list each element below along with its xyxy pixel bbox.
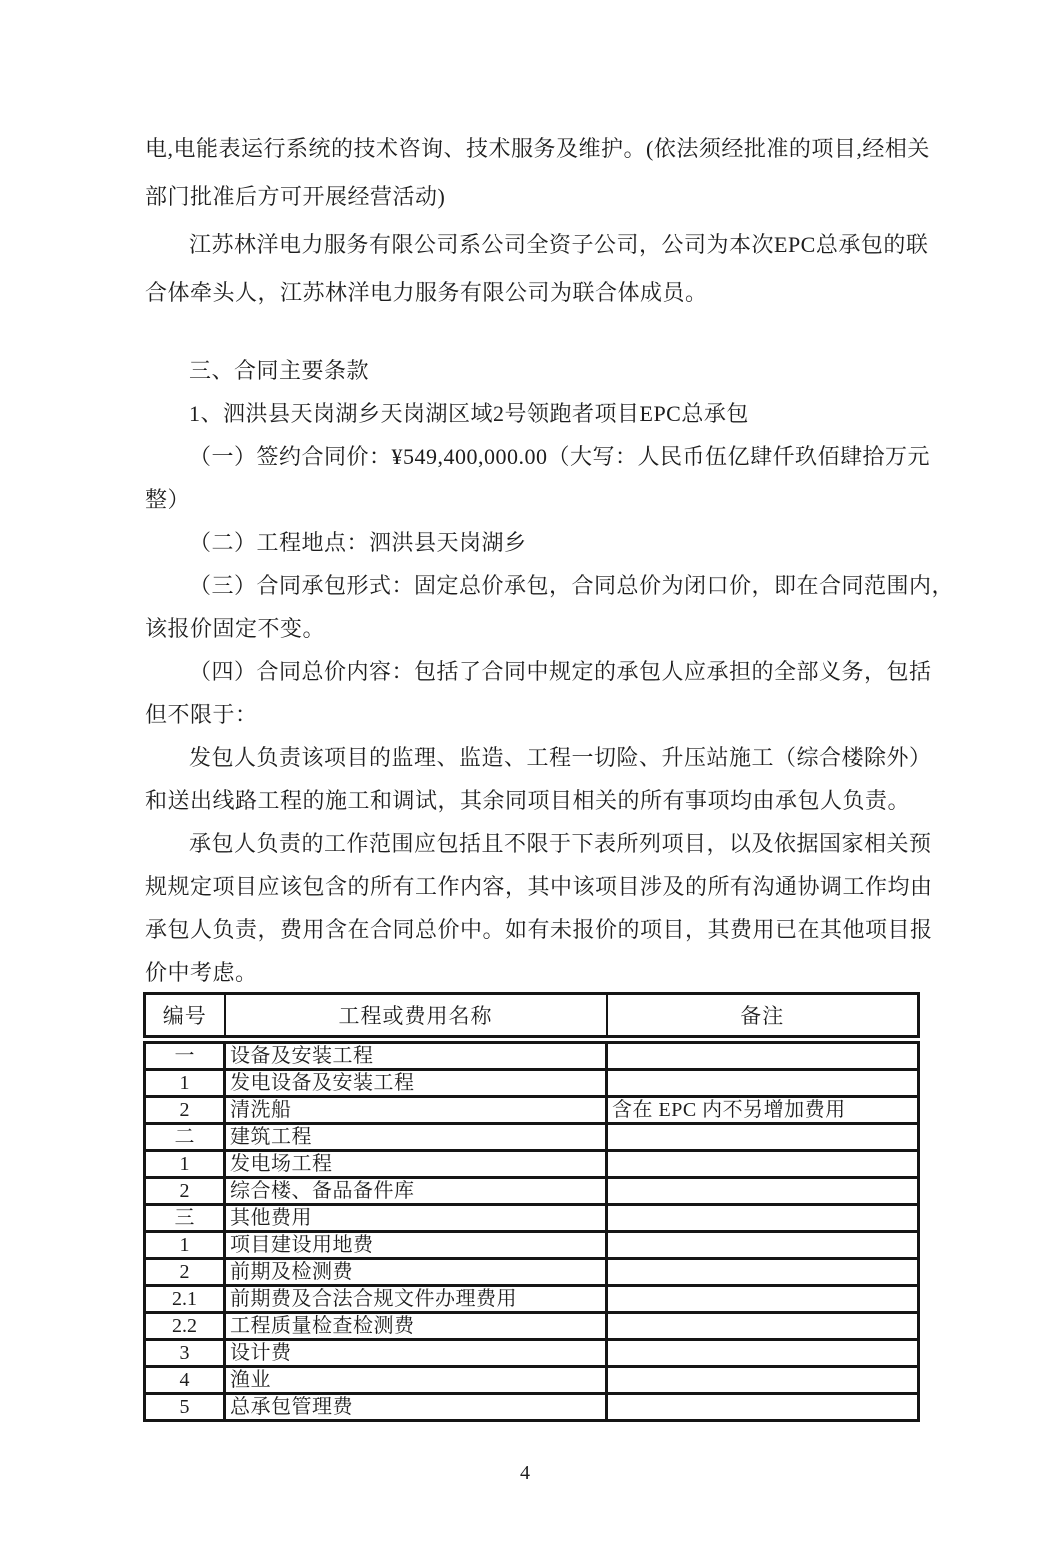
row-number-cell: 1 <box>145 1232 225 1259</box>
row-number-cell: 三 <box>145 1205 225 1232</box>
remark-cell <box>607 1286 919 1313</box>
item-project-title: 1、泗洪县天岗湖乡天岗湖区域2号领跑者项目EPC总承包 <box>145 392 1025 435</box>
document-body: 电,电能表运行系统的技术咨询、技术服务及维护。(依法须经批准的项目,经相关 部门… <box>145 125 1025 994</box>
text-line: 江苏林洋电力服务有限公司系公司全资子公司，公司为本次EPC总承包的联 <box>145 221 1025 269</box>
text-line: 发包人负责该项目的监理、监造、工程一切险、升压站施工（综合楼除外） <box>145 736 1025 779</box>
table-row: 1 发电场工程 <box>145 1151 919 1178</box>
row-number-cell: 3 <box>145 1340 225 1367</box>
text-line: 部门批准后方可开展经营活动) <box>145 173 1025 221</box>
paragraph-business-scope: 电,电能表运行系统的技术咨询、技术服务及维护。(依法须经批准的项目,经相关 部门… <box>145 125 1025 221</box>
table-header-row: 编号 工程或费用名称 备注 <box>145 994 919 1040</box>
text-line: （三）合同承包形式：固定总价承包，合同总价为闭口价，即在合同范围内， <box>145 564 1025 607</box>
item-name-cell: 总承包管理费 <box>225 1394 607 1421</box>
text-line: 整） <box>145 478 1025 521</box>
table-row: 2.1 前期费及合法合规文件办理费用 <box>145 1286 919 1313</box>
item-name-cell: 渔业 <box>225 1367 607 1394</box>
text-line: 承包人负责的工作范围应包括且不限于下表所列项目，以及依据国家相关预 <box>145 822 1025 865</box>
row-number-cell: 一 <box>145 1040 225 1070</box>
item-name-cell: 清洗船 <box>225 1097 607 1124</box>
remark-cell <box>607 1070 919 1097</box>
table-row: 二 建筑工程 <box>145 1124 919 1151</box>
column-header-remark: 备注 <box>607 994 919 1040</box>
text-line: 价中考虑。 <box>145 951 1025 994</box>
text-line: 三、合同主要条款 <box>145 349 1025 392</box>
remark-cell <box>607 1394 919 1421</box>
item-name-cell: 前期费及合法合规文件办理费用 <box>225 1286 607 1313</box>
document-page: 电,电能表运行系统的技术咨询、技术服务及维护。(依法须经批准的项目,经相关 部门… <box>0 0 1050 1543</box>
remark-cell <box>607 1232 919 1259</box>
row-number-cell: 2.2 <box>145 1313 225 1340</box>
item-name-cell: 其他费用 <box>225 1205 607 1232</box>
column-header-name: 工程或费用名称 <box>225 994 607 1040</box>
row-number-cell: 2 <box>145 1097 225 1124</box>
row-number-cell: 1 <box>145 1070 225 1097</box>
item-name-cell: 项目建设用地费 <box>225 1232 607 1259</box>
remark-cell <box>607 1313 919 1340</box>
paragraph-subsidiary: 江苏林洋电力服务有限公司系公司全资子公司，公司为本次EPC总承包的联 合体牵头人… <box>145 221 1025 317</box>
text-line: （四）合同总价内容：包括了合同中规定的承包人应承担的全部义务，包括 <box>145 650 1025 693</box>
row-number-cell: 二 <box>145 1124 225 1151</box>
text-line: 电,电能表运行系统的技术咨询、技术服务及维护。(依法须经批准的项目,经相关 <box>145 125 1025 173</box>
paragraph-employer-duties: 发包人负责该项目的监理、监造、工程一切险、升压站施工（综合楼除外） 和送出线路工… <box>145 736 1025 822</box>
text-line: 和送出线路工程的施工和调试，其余同项目相关的所有事项均由承包人负责。 <box>145 779 1025 822</box>
remark-cell <box>607 1040 919 1070</box>
column-header-number: 编号 <box>145 994 225 1040</box>
item-name-cell: 发电设备及安装工程 <box>225 1070 607 1097</box>
item-name-cell: 发电场工程 <box>225 1151 607 1178</box>
text-line: （一）签约合同价：¥549,400,000.00（大写：人民币伍亿肆仟玖佰肆拾万… <box>145 435 1025 478</box>
text-line: 1、泗洪县天岗湖乡天岗湖区域2号领跑者项目EPC总承包 <box>145 392 1025 435</box>
remark-cell: 含在 EPC 内不另增加费用 <box>607 1097 919 1124</box>
item-name-cell: 建筑工程 <box>225 1124 607 1151</box>
text-line: 但不限于： <box>145 693 1025 736</box>
row-number-cell: 2 <box>145 1178 225 1205</box>
table-row: 2 综合楼、备品备件库 <box>145 1178 919 1205</box>
clause-contract-price: （一）签约合同价：¥549,400,000.00（大写：人民币伍亿肆仟玖佰肆拾万… <box>145 435 1025 521</box>
remark-cell <box>607 1124 919 1151</box>
page-number: 4 <box>0 1462 1050 1485</box>
table-row: 三 其他费用 <box>145 1205 919 1232</box>
text-line: 合体牵头人，江苏林洋电力服务有限公司为联合体成员。 <box>145 269 1025 317</box>
table-row: 2 清洗船 含在 EPC 内不另增加费用 <box>145 1097 919 1124</box>
row-number-cell: 5 <box>145 1394 225 1421</box>
remark-cell <box>607 1259 919 1286</box>
work-items-table: 编号 工程或费用名称 备注 一 设备及安装工程 1 发电设备及安装工程 2 <box>143 992 920 1422</box>
table-row: 1 项目建设用地费 <box>145 1232 919 1259</box>
table-row: 2.2 工程质量检查检测费 <box>145 1313 919 1340</box>
item-name-cell: 工程质量检查检测费 <box>225 1313 607 1340</box>
table-row: 一 设备及安装工程 <box>145 1040 919 1070</box>
table-row: 5 总承包管理费 <box>145 1394 919 1421</box>
row-number-cell: 2 <box>145 1259 225 1286</box>
section-heading: 三、合同主要条款 <box>145 349 1025 392</box>
clause-location: （二）工程地点：泗洪县天岗湖乡 <box>145 521 1025 564</box>
row-number-cell: 2.1 <box>145 1286 225 1313</box>
remark-cell <box>607 1367 919 1394</box>
table-row: 4 渔业 <box>145 1367 919 1394</box>
item-name-cell: 前期及检测费 <box>225 1259 607 1286</box>
item-name-cell: 综合楼、备品备件库 <box>225 1178 607 1205</box>
table-row: 2 前期及检测费 <box>145 1259 919 1286</box>
remark-cell <box>607 1151 919 1178</box>
remark-cell <box>607 1178 919 1205</box>
remark-cell <box>607 1205 919 1232</box>
item-name-cell: 设备及安装工程 <box>225 1040 607 1070</box>
remark-cell <box>607 1340 919 1367</box>
table-row: 1 发电设备及安装工程 <box>145 1070 919 1097</box>
item-name-cell: 设计费 <box>225 1340 607 1367</box>
row-number-cell: 4 <box>145 1367 225 1394</box>
text-line: 规规定项目应该包含的所有工作内容，其中该项目涉及的所有沟通协调工作均由 <box>145 865 1025 908</box>
text-line: 该报价固定不变。 <box>145 607 1025 650</box>
clause-price-content: （四）合同总价内容：包括了合同中规定的承包人应承担的全部义务，包括 但不限于： <box>145 650 1025 736</box>
table-row: 3 设计费 <box>145 1340 919 1367</box>
text-line: 承包人负责，费用含在合同总价中。如有未报价的项目，其费用已在其他项目报 <box>145 908 1025 951</box>
text-line: （二）工程地点：泗洪县天岗湖乡 <box>145 521 1025 564</box>
clause-contract-form: （三）合同承包形式：固定总价承包，合同总价为闭口价，即在合同范围内， 该报价固定… <box>145 564 1025 650</box>
paragraph-contractor-duties: 承包人负责的工作范围应包括且不限于下表所列项目，以及依据国家相关预 规规定项目应… <box>145 822 1025 994</box>
work-items-table-wrap: 编号 工程或费用名称 备注 一 设备及安装工程 1 发电设备及安装工程 2 <box>143 992 921 1422</box>
row-number-cell: 1 <box>145 1151 225 1178</box>
